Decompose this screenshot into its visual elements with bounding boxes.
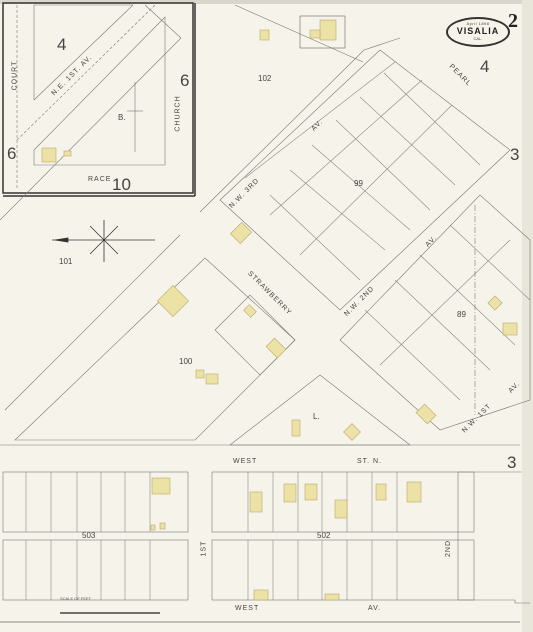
street-west-av: WEST	[235, 605, 259, 612]
sanborn-map	[0, 0, 533, 632]
street-st-n: ST. N.	[357, 458, 382, 465]
title-cartouche: April 1898 VISALIA CAL.	[446, 17, 510, 47]
adjoining-sheet-4-top-right: 4	[480, 58, 489, 75]
inset-frame	[3, 3, 193, 193]
adjoining-sheet-4-inset: 4	[57, 36, 66, 53]
compass-rose-icon	[52, 220, 155, 262]
adjoining-sheet-3-right: 3	[510, 146, 519, 163]
street-1st: 1ST	[200, 541, 207, 557]
scale-of-feet-label: SCALE OF FEET	[60, 596, 91, 601]
state-name: CAL.	[448, 36, 508, 41]
street-west-st-n: WEST	[233, 458, 257, 465]
block-letter-l: L.	[313, 413, 320, 421]
street-race: RACE	[88, 176, 111, 183]
page-number: 2	[508, 10, 518, 33]
adjoining-sheet-6-inset-right: 6	[180, 72, 189, 89]
block-99: 99	[354, 180, 363, 188]
block-503: 503	[82, 532, 95, 540]
block-102: 102	[258, 75, 271, 83]
street-court: COURT	[11, 61, 18, 91]
block-101: 101	[59, 258, 72, 266]
adjoining-sheet-6-inset-left: 6	[7, 145, 16, 162]
block-letter-b: B.	[118, 114, 126, 122]
block-100: 100	[179, 358, 192, 366]
block-89: 89	[457, 311, 466, 319]
adjoining-sheet-10: 10	[112, 176, 131, 193]
street-2nd: 2ND	[445, 540, 452, 557]
adjoining-sheet-3-lower: 3	[507, 454, 516, 471]
street-av: AV.	[368, 605, 381, 612]
street-church: CHURCH	[175, 95, 182, 131]
block-502: 502	[317, 532, 330, 540]
city-name: VISALIA	[448, 26, 508, 36]
